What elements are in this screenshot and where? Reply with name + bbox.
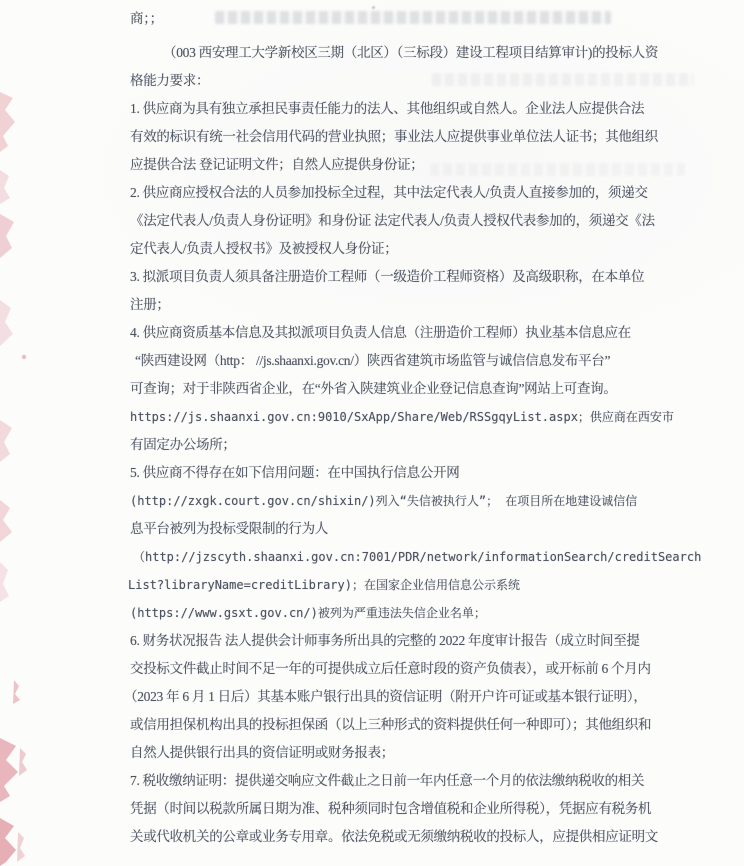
text-line-3: 格能力要求： <box>130 67 675 95</box>
text-line-6: 应提供合法 登记证明文件；自然人应提供身份证； <box>130 151 675 179</box>
text-line-26: 或信用担保机构出具的投标担保函（以上三种形式的资料提供任何一种即可）；其他组织和 <box>130 711 675 739</box>
text-line-17: 5. 供应商不得存在如下信用问题：在中国执行信息公开网 <box>130 459 675 487</box>
text-line-9: 定代表人/负责人授权书》及被授权人身份证； <box>130 235 675 263</box>
text-line-28: 7. 税收缴纳证明：提供递交响应文件截止之日前一年内任意一个月的依法缴纳税收的相… <box>130 767 675 795</box>
text-line-8: 《法定代表人/负责人身份证明》和身份证 法定代表人/负责人授权代表参加的，须递交… <box>130 207 675 235</box>
text-line-11: 注册； <box>130 291 675 319</box>
text-line-16: 有固定办公场所； <box>130 431 675 459</box>
text-line-18: (http://zxgk.court.gov.cn/shixin/)列入“失信被… <box>130 487 675 515</box>
text-line-1: 商；； <box>130 5 675 33</box>
text-line-30: 关或代收机关的公章或业务专用章。依法免税或无须缴纳税收的投标人，应提供相应证明文 <box>130 823 675 851</box>
text-line-15: https://js.shaanxi.gov.cn:9010/SxApp/Sha… <box>130 403 675 431</box>
text-line-4: 1. 供应商为具有独立承担民事责任能力的法人、其他组织或自然人。企业法人应提供合… <box>130 95 675 123</box>
text-line-23: 6. 财务状况报告 法人提供会计师事务所出具的完整的 2022 年度审计报告（成… <box>130 627 675 655</box>
text-line-7: 2. 供应商应授权合法的人员参加投标全过程，其中法定代表人/负责人直接参加的，须… <box>130 179 675 207</box>
text-line-13: “陕西建设网（http： //js.shaanxi.gov.cn/）陕西省建筑市… <box>135 347 675 375</box>
text-line-14: 可查询；对于非陕西省企业，在“外省入陕建筑业企业登记信息查询”网站上可查询。 <box>130 375 675 403</box>
text-line-25: （2023 年 6 月 1 日后）其基本账户银行出具的资信证明（附开户许可证或基… <box>124 683 675 711</box>
text-line-27: 自然人提供银行出具的资信证明或财务报表； <box>130 739 675 767</box>
text-line-12: 4. 供应商资质基本信息及其拟派项目负责人信息（注册造价工程师）执业基本信息应在 <box>130 319 675 347</box>
scanned-page: 商；；（003 西安理工大学新校区三期（北区）（三标段）建设工程项目结算审计)的… <box>0 0 744 866</box>
text-line-10: 3. 拟派项目负责人须具备注册造价工程师（一级造价工程师资格）及高级职称，在本单… <box>130 263 675 291</box>
text-line-2: （003 西安理工大学新校区三期（北区）（三标段）建设工程项目结算审计)的投标人… <box>163 39 675 67</box>
text-line-20: （http://jzscyth.shaanxi.gov.cn:7001/PDR/… <box>133 543 675 571</box>
text-line-22: (https://www.gsxt.gov.cn/)被列为严重违法失信企业名单； <box>130 599 675 627</box>
text-line-19: 息平台被列为投标受限制的行为人 <box>130 515 675 543</box>
left-edge-red-marks <box>0 0 34 866</box>
document-body: 商；；（003 西安理工大学新校区三期（北区）（三标段）建设工程项目结算审计)的… <box>130 5 675 851</box>
text-line-24: 交投标文件截止时间不足一年的可提供成立后任意时段的资产负债表），或开标前 6 个… <box>130 655 675 683</box>
text-line-5: 有效的标识有统一社会信用代码的营业执照；事业法人应提供事业单位法人证书；其他组织 <box>130 123 675 151</box>
text-line-21: List?libraryName=creditLibrary)；在国家企业信用信… <box>128 571 675 599</box>
text-line-29: 凭据（时间以税款所属日期为准、税种须同时包含增值税和企业所得税），凭据应有税务机 <box>130 795 675 823</box>
